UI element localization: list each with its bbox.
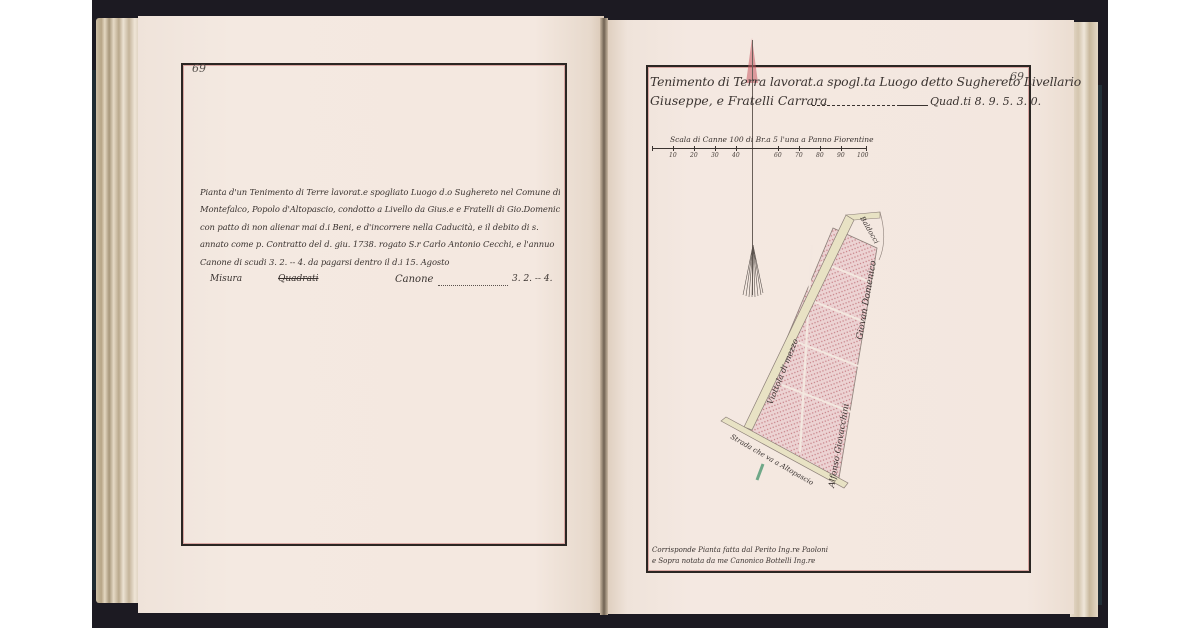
footnote-line: e Sopra notata da me Canonico Bottelli I… [652, 556, 828, 567]
parcel-map: Viottola di mezzo Strada che va a Altopa… [700, 200, 910, 540]
deed-line: annato come p. Contratto del d. giu. 173… [200, 236, 560, 253]
deed-line: Pianta d'un Tenimento di Terre lavorat.e… [200, 184, 560, 201]
ditch-marker [757, 464, 763, 480]
scale-tick-label: 30 [711, 152, 719, 159]
area-label: Quad.ti [930, 95, 971, 108]
canon-leader-dots [438, 285, 508, 286]
map-title-line-2: Giuseppe, e Fratelli Carrara [650, 93, 827, 108]
scale-tick-label: 20 [690, 152, 698, 159]
area-value: 8. 9. 5. 3. 0. [975, 95, 1041, 108]
scale-tick-label: 90 [837, 152, 845, 159]
title-leader-dashes [812, 105, 900, 106]
canon-value: 3. 2. -- 4. [512, 274, 552, 284]
footnote-line: Corrisponde Pianta fatta dal Perito Ing.… [652, 545, 828, 556]
title-leader-line [898, 105, 928, 106]
scale-tick-label: 70 [795, 152, 803, 159]
page-stack-left [96, 18, 140, 603]
deed-line: Canone di scudi 3. 2. -- 4. da pagarsi d… [200, 254, 560, 271]
scale-bar [652, 148, 867, 149]
measure-unit-label: Quadrati [278, 274, 318, 284]
deed-line: con patto di non alienar mai d.i Beni, e… [200, 219, 560, 236]
scale-tick-label: 100 [857, 152, 868, 159]
map-area-total: Quad.ti 8. 9. 5. 3. 0. [930, 95, 1041, 108]
measure-label: Misura [210, 274, 242, 284]
page-stack-right [1070, 22, 1098, 617]
scale-tick-label: 40 [732, 152, 740, 159]
deed-line: Montefalco, Popolo d'Altopascio, condott… [200, 201, 560, 218]
scale-tick-label: 80 [816, 152, 824, 159]
left-page-number: 69 [192, 62, 206, 75]
canon-label: Canone [395, 274, 433, 285]
map-footnote: Corrisponde Pianta fatta dal Perito Ing.… [652, 545, 828, 567]
left-page-frame [181, 63, 567, 546]
deed-text: Pianta d'un Tenimento di Terre lavorat.e… [200, 184, 560, 271]
scale-tick-label: 10 [669, 152, 677, 159]
map-title-line-1: Tenimento di Terra lavorat.a spogl.ta Lu… [650, 74, 1081, 89]
book-gutter [600, 18, 608, 615]
scale-tick-label: 60 [774, 152, 782, 159]
scale-title: Scala di Canne 100 di Br.a 5 l'una a Pan… [670, 135, 874, 144]
